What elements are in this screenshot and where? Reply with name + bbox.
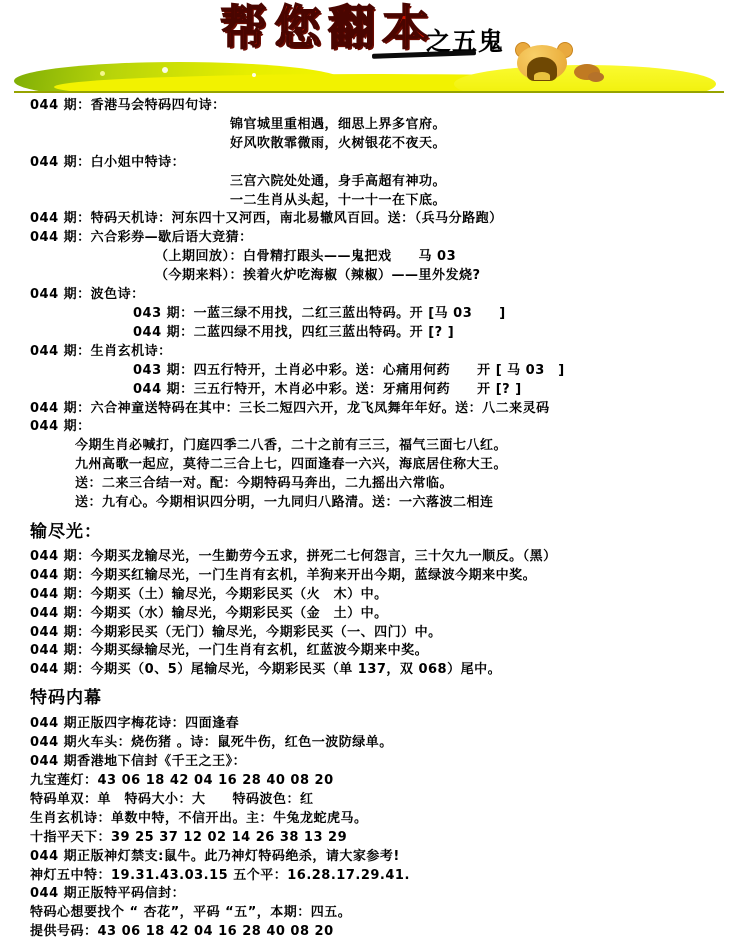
text-line: 044 期：今期买绿输尽光，一门生肖有玄机，红蓝波今期来中奖。 [0,642,744,661]
text-line: 044 期：三五行特开，木肖必中彩。送：牙痛用何药 开 [? ] [0,381,744,400]
text-line: 锦官城里重相遇，细思上界多官府。 [0,116,744,135]
bear-muzzle [534,72,550,80]
text-line: 044 期正版四字梅花诗：四面逢春 [0,715,744,734]
bear-icon [510,42,606,84]
bear-paw [588,72,604,82]
section-heading-shujinguang: 输尽光： [0,520,744,544]
text-line: 044 期正版特平码信封： [0,885,744,904]
text-line: （今期来料）：挨着火炉吃海椒（辣椒）——里外发烧? [0,267,744,286]
text-line: 今期生肖必喊打，门庭四季二八香，二十之前有三三，福气三面七八红。 [0,437,744,456]
text-line: 044 期香港地下信封《千王之王》： [0,753,744,772]
text-line: 特码单双：单 特码大小：大 特码波色：红 [0,791,744,810]
text-line: 044 期：六合神童送特码在其中：三长二短四六开，龙飞凤舞年年好。送：八二来灵码 [0,400,744,419]
text-line: 044 期：今期买（水）输尽光，今期彩民买（金 土）中。 [0,605,744,624]
text-line: 好风吹散霏微雨，火树银花不夜天。 [0,135,744,154]
text-line: 一二生肖从头起，十一十一在下底。 [0,192,744,211]
text-line: 十指平天下：39 25 37 12 02 14 26 38 13 29 [0,829,744,848]
masthead: 帮您翻本之五鬼 [220,0,504,58]
text-line: 044 期火车头：烧伤猪 。诗：鼠死牛伤，红色一波防绿单。 [0,734,744,753]
text-line: 044 期正版神灯禁支:鼠牛。此乃神灯特码绝杀，请大家参考! [0,848,744,867]
section-heading-temaneimu: 特码内幕 [0,686,744,710]
text-line: 提供号码：43 06 18 42 04 16 28 40 08 20 [0,923,744,942]
text-line: 044 期：今期买（0、5）尾输尽光，今期彩民买（单 137，双 068）尾中。 [0,661,744,680]
text-line: 044 期：六合彩券—歇后语大竞猜： [0,229,744,248]
text-line: 044 期：波色诗： [0,286,744,305]
text-line: 044 期：今期彩民买（无门）输尽光，今期彩民买（一、四门）中。 [0,624,744,643]
text-line: 九宝莲灯：43 06 18 42 04 16 28 40 08 20 [0,772,744,791]
text-line: 044 期：今期买龙输尽光，一生勤劳今五求，拼死二七何怨言，三十欠九一顺反。（黑… [0,548,744,567]
text-line: 044 期：生肖玄机诗： [0,343,744,362]
text-line: 送：二来三合结一对。配：今期特码马奔出，二九摇出六常临。 [0,475,744,494]
text-line: 三宫六院处处通，身手高超有神功。 [0,173,744,192]
text-line: （上期回放）：白骨精打跟头——鬼把戏 马 03 [0,248,744,267]
text-line: 九州高歌一起应，莫待二三合上七，四面逢春一六兴，海底居住称大王。 [0,456,744,475]
document-body: 044 期：香港马会特码四句诗： 锦官城里重相遇，细思上界多官府。 好风吹散霏微… [0,92,744,942]
grass-banner [14,61,724,93]
text-line: 043 期：一蓝三绿不用找，二红三蓝出特码。开 [马 03 ] [0,305,744,324]
text-line: 044 期： [0,418,744,437]
page-title: 帮您翻本 [220,0,436,58]
flower-dot [100,71,105,76]
text-line: 044 期：特码天机诗：河东四十又河西，南北易辙风百回。送：（兵马分路跑） [0,210,744,229]
text-line: 044 期：今期买（土）输尽光，今期彩民买（火 木）中。 [0,586,744,605]
text-line: 神灯五中特：19.31.43.03.15 五个平：16.28.17.29.41. [0,867,744,886]
text-line: 044 期：今期买红输尽光，一门生肖有玄机，羊狗来开出今期，蓝绿波今期来中奖。 [0,567,744,586]
text-line: 044 期：白小姐中特诗： [0,154,744,173]
text-line: 生肖玄机诗：单数中特，不信开出。主：牛兔龙蛇虎马。 [0,810,744,829]
text-line: 043 期：四五行特开，土肖必中彩。送：心痛用何药 开 [ 马 03 ] [0,362,744,381]
page-header: 帮您翻本之五鬼 [0,0,744,92]
text-line: 044 期：香港马会特码四句诗： [0,97,744,116]
text-line: 送：九有心。今期相识四分明，一九同归八路清。送：一六落波二相连 [0,494,744,513]
flower-dot [162,67,168,73]
text-line: 特码心想要找个 “ 杏花”，平码 “五”，本期：四五。 [0,904,744,923]
flower-dot [252,73,256,77]
text-line: 044 期：二蓝四绿不用找，四红三蓝出特码。开 [? ] [0,324,744,343]
